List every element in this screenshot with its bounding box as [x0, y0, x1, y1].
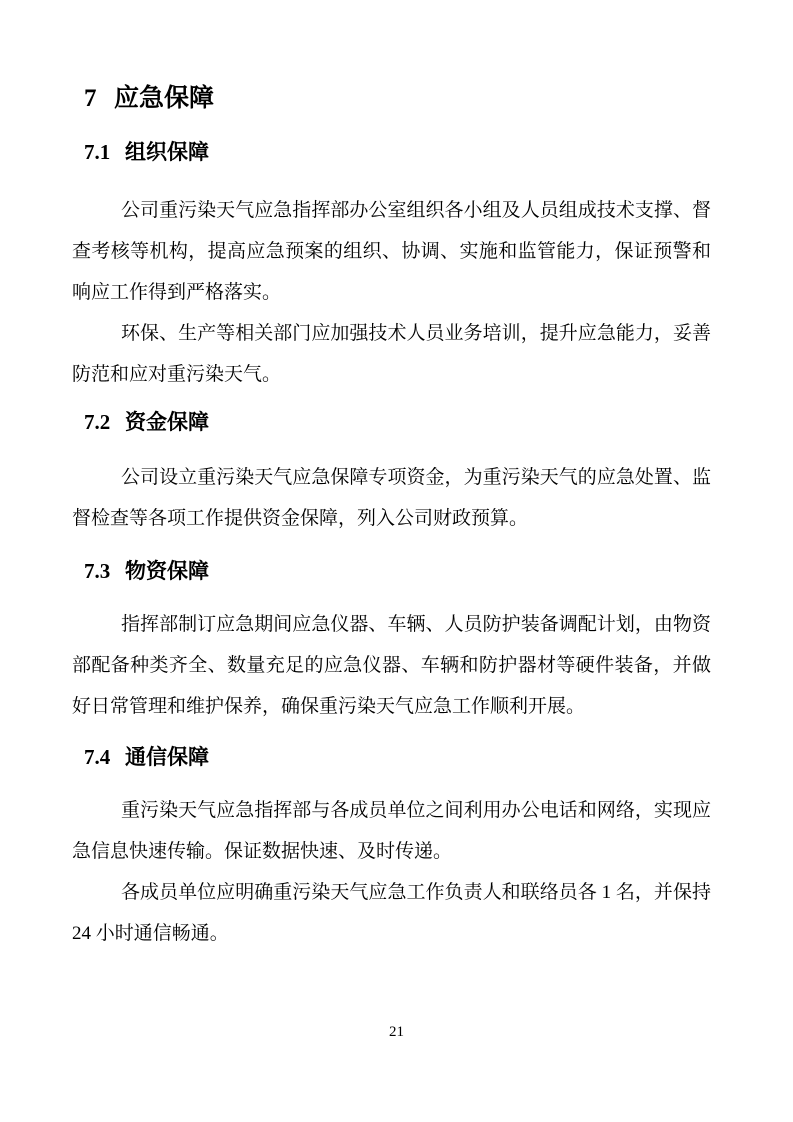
paragraph: 各成员单位应明确重污染天气应急工作负责人和联络员各 1 名，并保持 24 小时通… [72, 872, 711, 954]
paragraph: 重污染天气应急指挥部与各成员单位之间利用办公电话和网络，实现应急信息快速传输。保… [72, 790, 711, 872]
paragraph: 公司设立重污染天气应急保障专项资金，为重污染天气的应急处置、监督检查等各项工作提… [72, 457, 711, 539]
section-heading-7-4: 7.4 通信保障 [84, 743, 209, 772]
paragraph: 公司重污染天气应急指挥部办公室组织各小组及人员组成技术支撑、督查考核等机构，提高… [72, 190, 711, 313]
section-heading-7-2: 7.2 资金保障 [84, 408, 209, 437]
document-page: 7 应急保障 7.1 组织保障 公司重污染天气应急指挥部办公室组织各小组及人员组… [0, 0, 793, 1122]
section-heading-7-1: 7.1 组织保障 [84, 138, 209, 167]
section-heading-7-3: 7.3 物资保障 [84, 557, 209, 586]
paragraph: 环保、生产等相关部门应加强技术人员业务培训，提升应急能力，妥善防范和应对重污染天… [72, 313, 711, 395]
page-number: 21 [0, 1022, 793, 1042]
chapter-title: 7 应急保障 [84, 82, 214, 115]
paragraph: 指挥部制订应急期间应急仪器、车辆、人员防护装备调配计划，由物资部配备种类齐全、数… [72, 604, 711, 727]
